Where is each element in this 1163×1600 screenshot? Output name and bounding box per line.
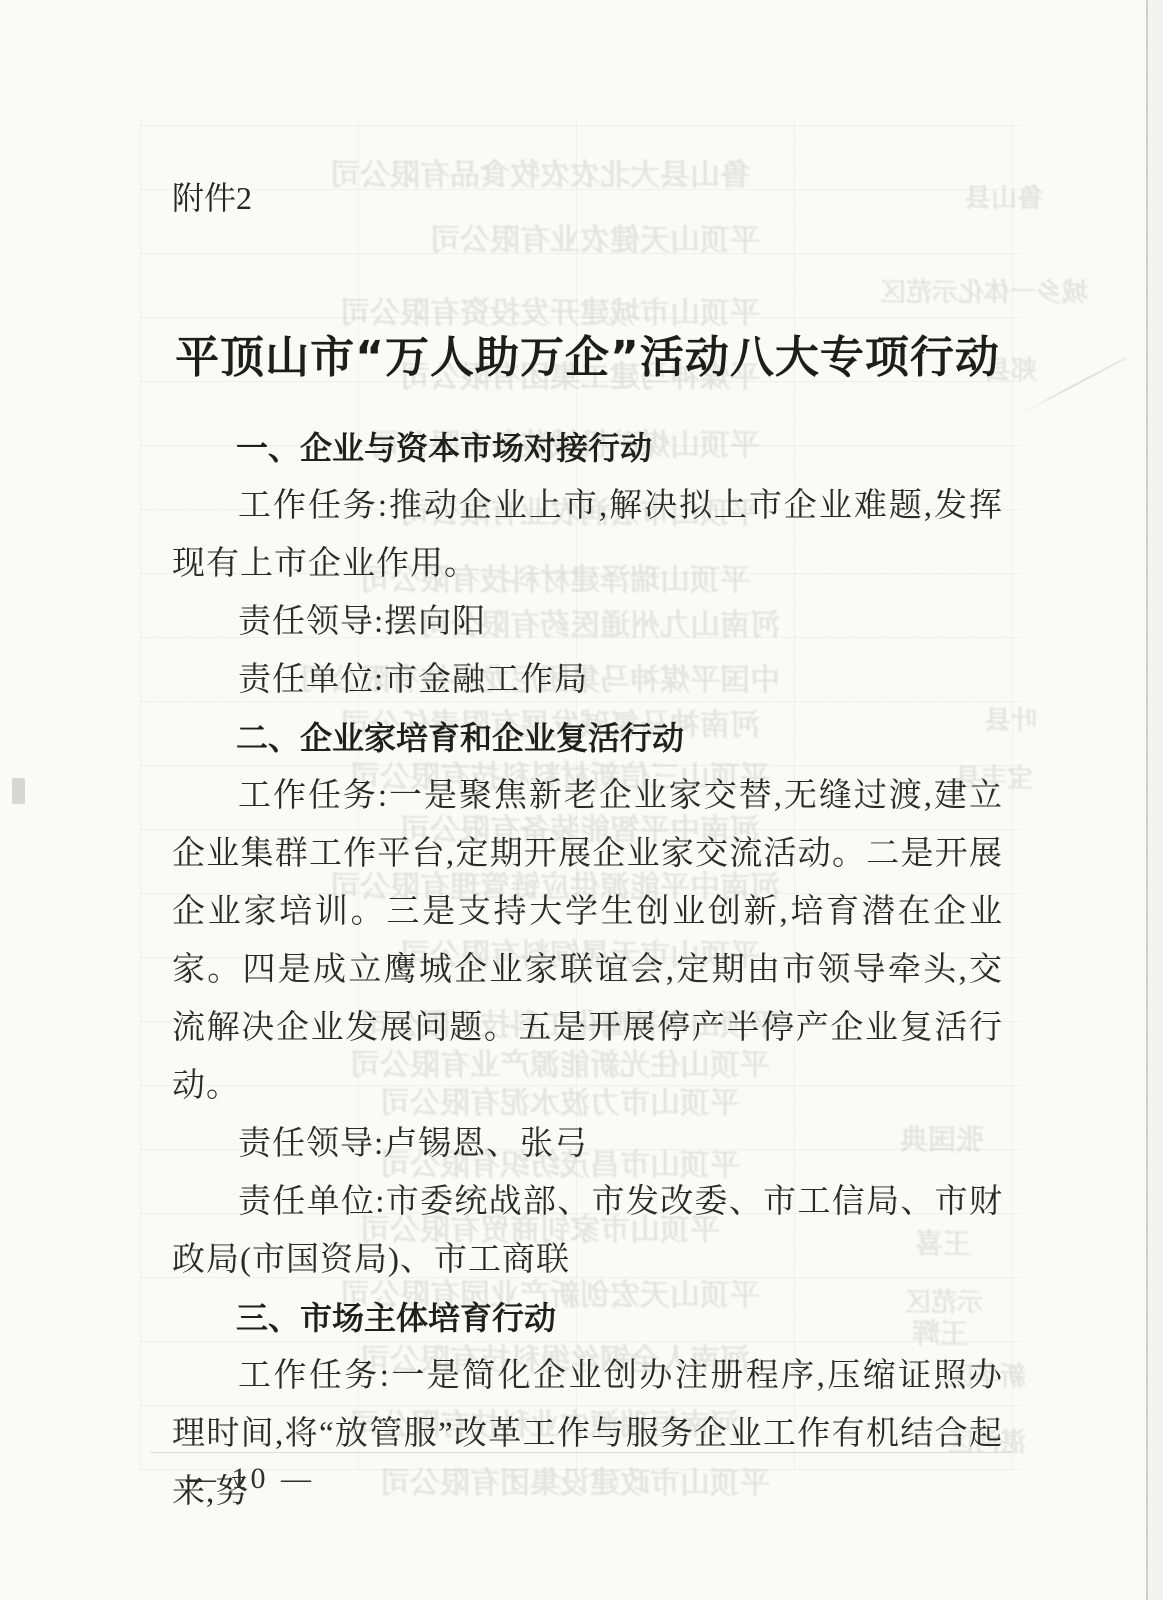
attachment-label: 附件2 [172,182,1003,214]
page-number: — 10 — [186,1462,315,1496]
scan-edge-line [1146,0,1148,1600]
document-content: 附件2 平顶山市“万人助万企”活动八大专项行动 一、企业与资本市场对接行动 工作… [172,182,1003,1521]
scanned-document-page: 鲁山县大北农农牧食品有限公司鲁山县平顶山天健农业有限公司城乡一体化示范区平顶山市… [0,0,1163,1600]
margin-smudge [12,778,25,804]
section-1-unit: 责任单位:市金融工作局 [172,651,1003,709]
section-2-heading: 二、企业家培育和企业复活行动 [172,709,1003,767]
document-body: 一、企业与资本市场对接行动 工作任务:推动企业上市,解决拟上市企业难题,发挥现有… [172,419,1003,1521]
scan-edge-strip [1148,0,1163,1600]
section-2-leader: 责任领导:卢锡恩、张弓 [172,1115,1003,1173]
footer-rule [150,1452,1012,1453]
section-1-leader: 责任领导:摆向阳 [172,593,1003,651]
section-1-heading: 一、企业与资本市场对接行动 [172,419,1003,477]
section-3-heading: 三、市场主体培育行动 [172,1289,1003,1347]
paper-crease [1020,357,1127,415]
document-title: 平顶山市“万人助万企”活动八大专项行动 [172,330,1003,385]
section-1-task: 工作任务:推动企业上市,解决拟上市企业难题,发挥现有上市企业作用。 [172,477,1003,593]
section-2-unit: 责任单位:市委统战部、市发改委、市工信局、市财政局(市国资局)、市工商联 [172,1173,1003,1289]
section-2-task: 工作任务:一是聚焦新老企业家交替,无缝过渡,建立企业集群工作平台,定期开展企业家… [172,767,1003,1115]
